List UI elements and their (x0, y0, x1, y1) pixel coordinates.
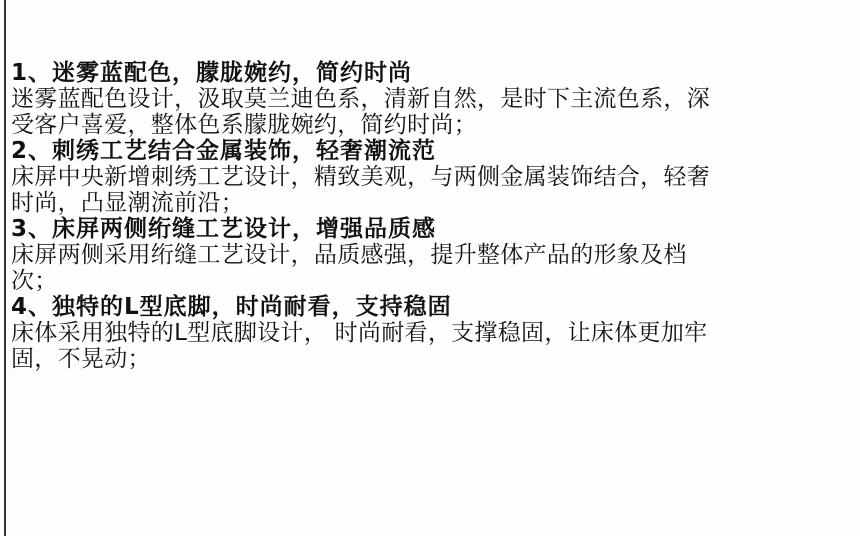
section-heading: 1、迷雾蓝配色，朦胧婉约，简约时尚 (11, 60, 856, 86)
section-body-line: 床体采用独特的L型底脚设计， 时尚耐看，支撑稳固，让床体更加牢 (11, 320, 856, 346)
section-body-line: 次； (11, 268, 856, 294)
section-body-line: 固，不晃动； (11, 346, 856, 372)
section-body-line: 迷雾蓝配色设计，汲取莫兰迪色系，清新自然，是时下主流色系，深 (11, 86, 856, 112)
section-heading: 2、刺绣工艺结合金属装饰，轻奢潮流范 (11, 138, 856, 164)
feature-section-1: 1、迷雾蓝配色，朦胧婉约，简约时尚 迷雾蓝配色设计，汲取莫兰迪色系，清新自然，是… (11, 60, 856, 138)
section-body-line: 床屏中央新增刺绣工艺设计，精致美观，与两侧金属装饰结合，轻奢 (11, 164, 856, 190)
feature-section-4: 4、独特的L型底脚，时尚耐看，支持稳固 床体采用独特的L型底脚设计， 时尚耐看，… (11, 294, 856, 372)
feature-section-3: 3、床屏两侧绗缝工艺设计，增强品质感 床屏两侧采用绗缝工艺设计，品质感强，提升整… (11, 216, 856, 294)
section-heading: 3、床屏两侧绗缝工艺设计，增强品质感 (11, 216, 856, 242)
feature-description-document: 1、迷雾蓝配色，朦胧婉约，简约时尚 迷雾蓝配色设计，汲取莫兰迪色系，清新自然，是… (11, 60, 856, 372)
section-heading: 4、独特的L型底脚，时尚耐看，支持稳固 (11, 294, 856, 320)
section-body-line: 受客户喜爱，整体色系朦胧婉约，简约时尚； (11, 112, 856, 138)
left-border-line (4, 0, 6, 536)
feature-section-2: 2、刺绣工艺结合金属装饰，轻奢潮流范 床屏中央新增刺绣工艺设计，精致美观，与两侧… (11, 138, 856, 216)
section-body-line: 床屏两侧采用绗缝工艺设计，品质感强，提升整体产品的形象及档 (11, 242, 856, 268)
section-body-line: 时尚，凸显潮流前沿； (11, 190, 856, 216)
